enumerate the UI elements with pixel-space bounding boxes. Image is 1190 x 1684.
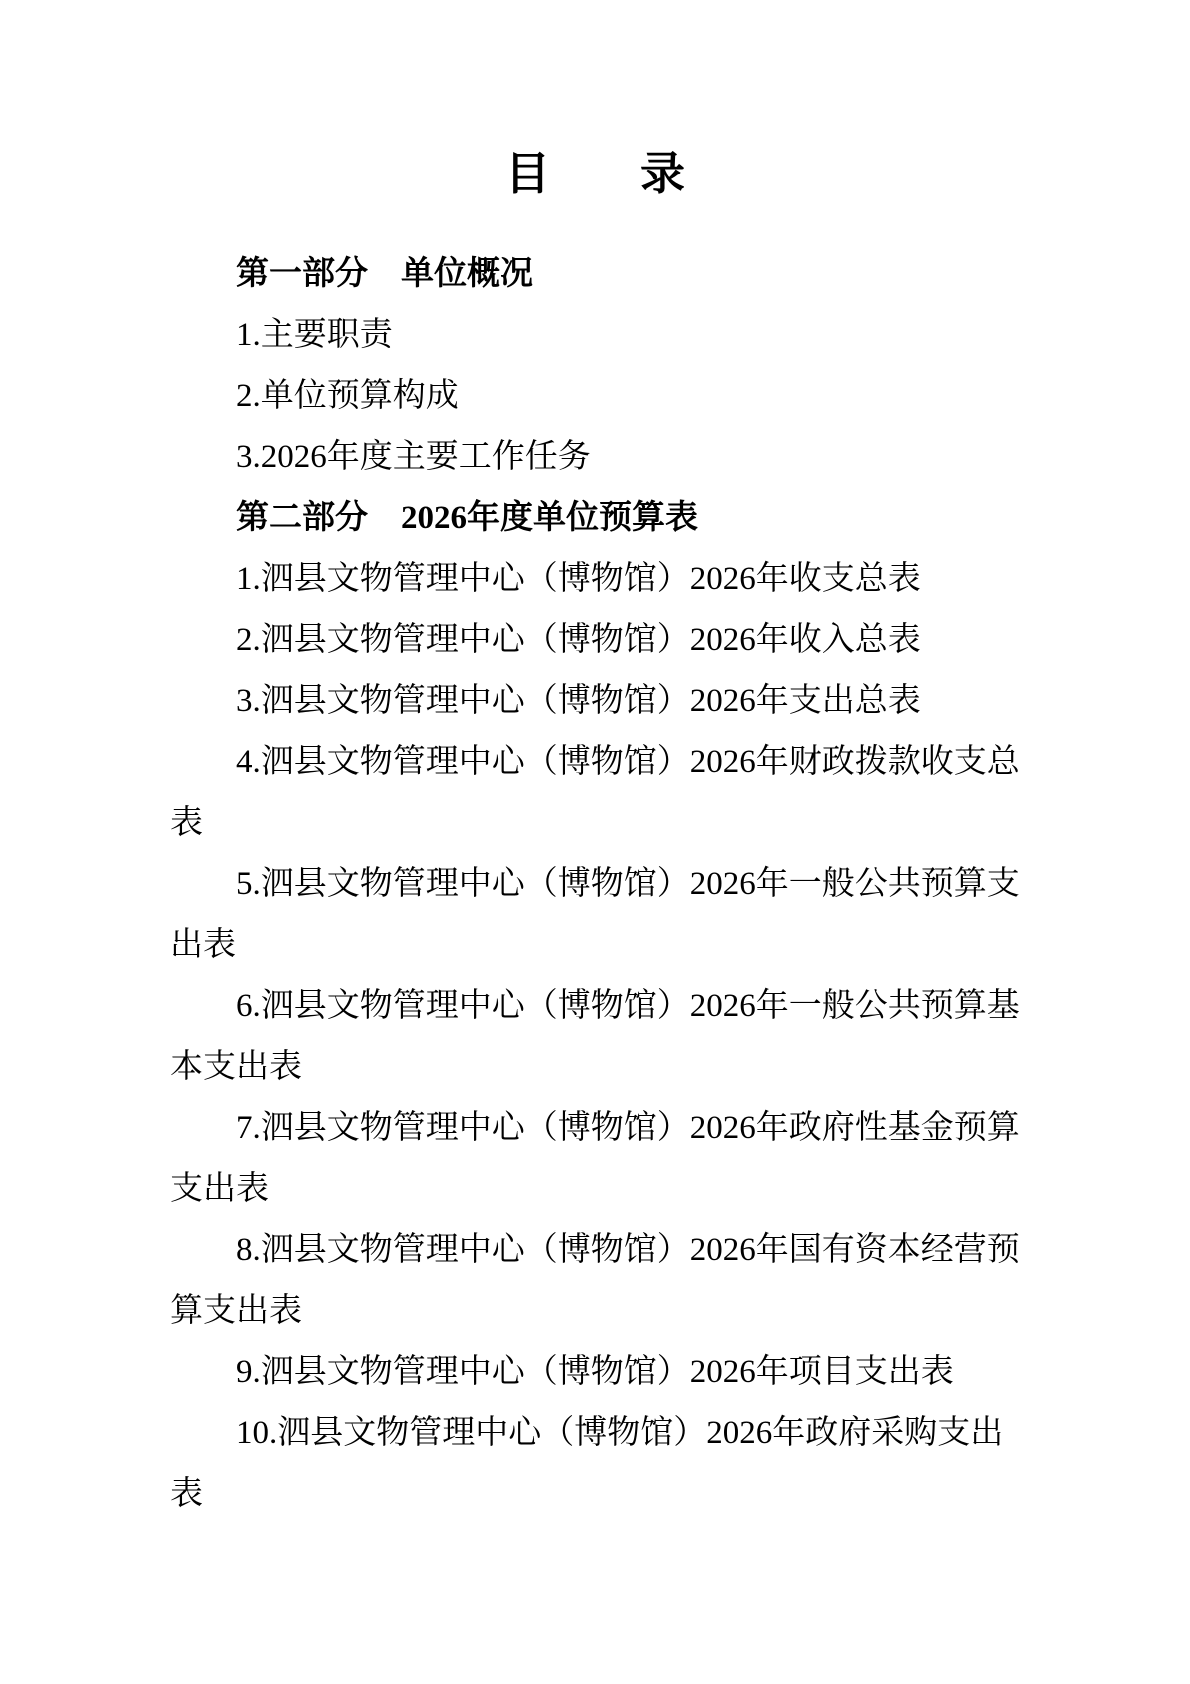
toc-item: 2.泗县文物管理中心（博物馆）2026年收入总表 — [170, 610, 1030, 671]
toc-item: 10.泗县文物管理中心（博物馆）2026年政府采购支出表 — [170, 1403, 1030, 1525]
page-title: 目 录 — [0, 0, 1190, 200]
document-page: 目 录 第一部分 单位概况 1.主要职责 2.单位预算构成 3.2026年度主要… — [0, 0, 1190, 1684]
toc-item: 2.单位预算构成 — [170, 366, 1030, 427]
toc-item: 1.泗县文物管理中心（博物馆）2026年收支总表 — [170, 549, 1030, 610]
table-of-contents: 第一部分 单位概况 1.主要职责 2.单位预算构成 3.2026年度主要工作任务… — [170, 244, 1030, 1525]
section-heading-part1: 第一部分 单位概况 — [170, 244, 1030, 305]
toc-item: 9.泗县文物管理中心（博物馆）2026年项目支出表 — [170, 1342, 1030, 1403]
toc-item: 5.泗县文物管理中心（博物馆）2026年一般公共预算支 出表 — [170, 854, 1030, 976]
toc-item: 8.泗县文物管理中心（博物馆）2026年国有资本经营预 算支出表 — [170, 1220, 1030, 1342]
toc-item: 7.泗县文物管理中心（博物馆）2026年政府性基金预算 支出表 — [170, 1098, 1030, 1220]
toc-item: 3.泗县文物管理中心（博物馆）2026年支出总表 — [170, 671, 1030, 732]
toc-item: 3.2026年度主要工作任务 — [170, 427, 1030, 488]
section-heading-part2: 第二部分 2026年度单位预算表 — [170, 488, 1030, 549]
toc-item: 6.泗县文物管理中心（博物馆）2026年一般公共预算基 本支出表 — [170, 976, 1030, 1098]
toc-item: 1.主要职责 — [170, 305, 1030, 366]
toc-item: 4.泗县文物管理中心（博物馆）2026年财政拨款收支总 表 — [170, 732, 1030, 854]
